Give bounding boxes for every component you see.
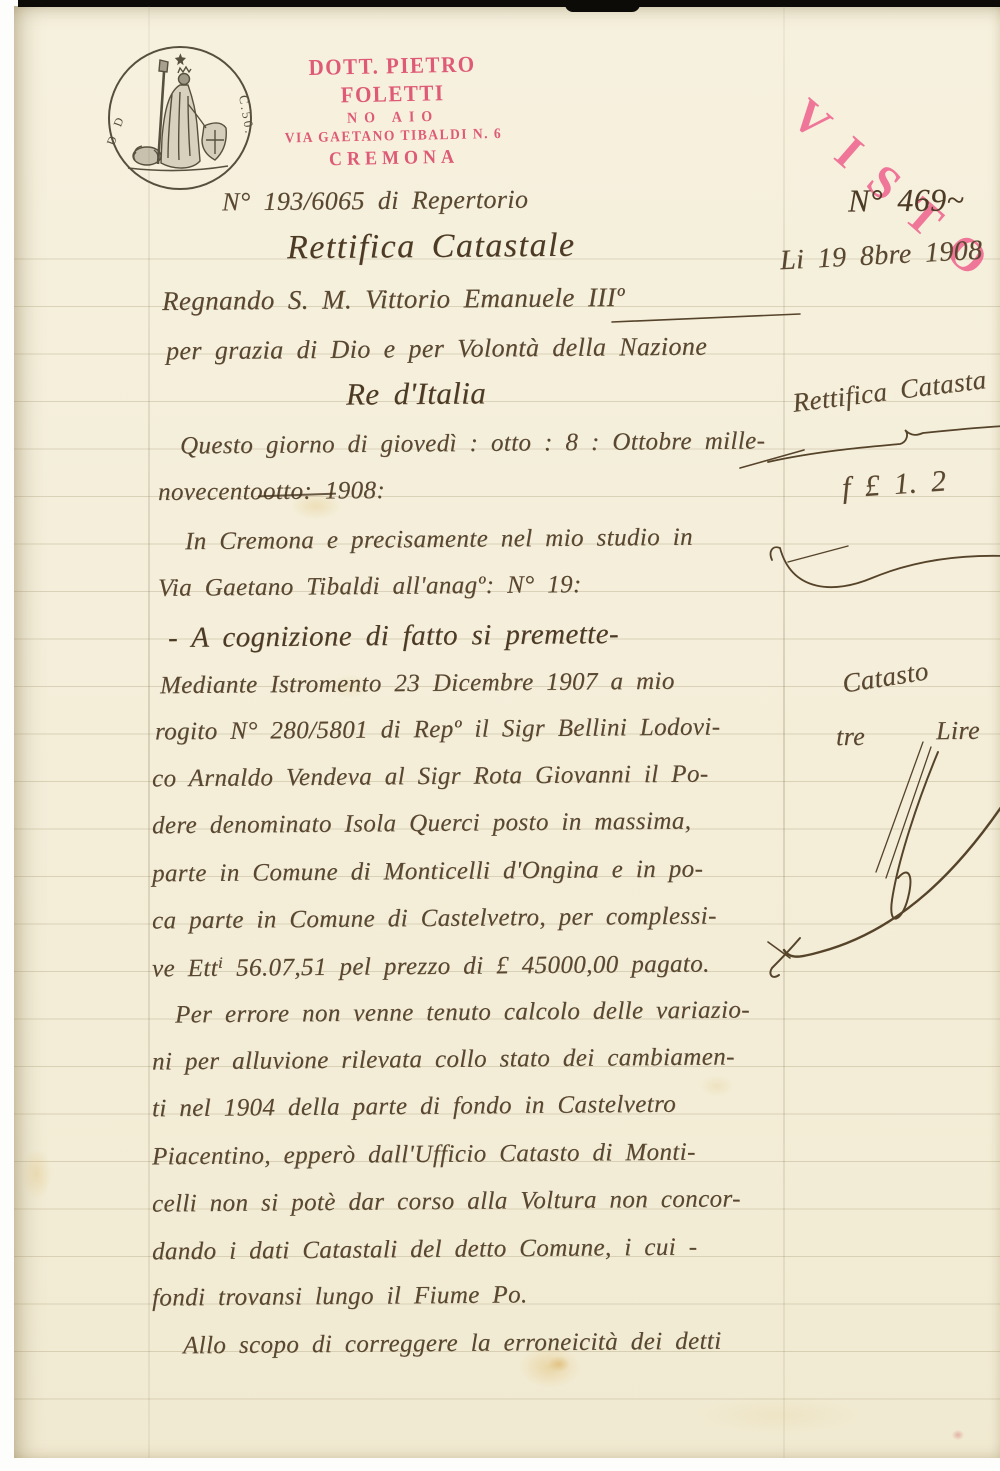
fold-crease-left [148,6,150,1458]
margin-note-number: N° 469~ [848,181,965,219]
manuscript-line: Per errore non venne tenuto calcolo dell… [175,996,750,1029]
scanned-document-page: C.50. D D DOTT. PIETRO FOLETTI NO AIO VI… [0,0,1000,1471]
manuscript-line: N° 193/6065 di Repertorio [222,185,529,218]
manuscript-line: ni per alluvione rilevata collo stato de… [152,1043,735,1076]
fold-crease-right [783,6,785,1458]
manuscript-line: - A cognizione di fatto si premette- [168,618,619,655]
margin-note-lire: Lire [936,716,980,746]
manuscript-line: rogito N° 280/5801 di Repº il Sigr Belli… [155,714,721,747]
manuscript-line: ve Ettⁱ 56.07,51 pel prezzo di £ 45000,0… [152,949,710,984]
manuscript-line: ti nel 1904 della parte di fondo in Cast… [152,1091,676,1124]
manuscript-line: co Arnaldo Vendeva al Sigr Rota Giovanni… [152,761,709,794]
notary-stamp-name: DOTT. PIETRO FOLETTI [269,49,516,111]
manuscript-line: celli non si potè dar corso alla Voltura… [152,1185,741,1218]
manuscript-line: parte in Comune di Monticelli d'Ongina e… [152,856,703,889]
manuscript-line: dando i dati Catastali del detto Comune,… [152,1234,698,1267]
scan-edge-notch [565,0,640,12]
margin-note-fee: f £ 1. 2 [841,464,948,505]
manuscript-line: Mediante Istromento 23 Dicembre 1907 a m… [160,668,675,700]
manuscript-line: Questo giorno di giovedì : otto : 8 : Ot… [180,427,766,460]
margin-note-tre: tre [836,722,865,752]
manuscript-line: ca parte in Comune di Castelvetro, per c… [152,903,717,936]
manuscript-line: Piacentino, epperò dall'Ufficio Catasto … [152,1139,696,1172]
manuscript-line: Via Gaetano Tibaldi all'anagº: N° 19: [158,571,582,603]
manuscript-line: Rettifica Catastale [287,227,576,268]
notary-ink-stamp: DOTT. PIETRO FOLETTI NO AIO VIA GAETANO … [269,49,517,172]
manuscript-line: per grazia di Dio e per Volontà della Na… [166,332,707,367]
notary-stamp-city: CREMONA [271,143,517,172]
manuscript-line: Allo scopo di correggere la erroneicità … [183,1328,722,1361]
manuscript-line: fondi trovansi lungo il Fiume Po. [152,1281,528,1312]
manuscript-line: Re d'Italia [346,375,486,412]
scan-edge [18,0,1000,7]
manuscript-line: In Cremona e precisamente nel mio studio… [185,524,693,556]
manuscript-line: novecentootto: 1908: [158,477,385,507]
manuscript-line: dere denominato Isola Querci posto in ma… [152,808,692,841]
manuscript-line: Regnando S. M. Vittorio Emanuele IIIº [162,282,625,317]
